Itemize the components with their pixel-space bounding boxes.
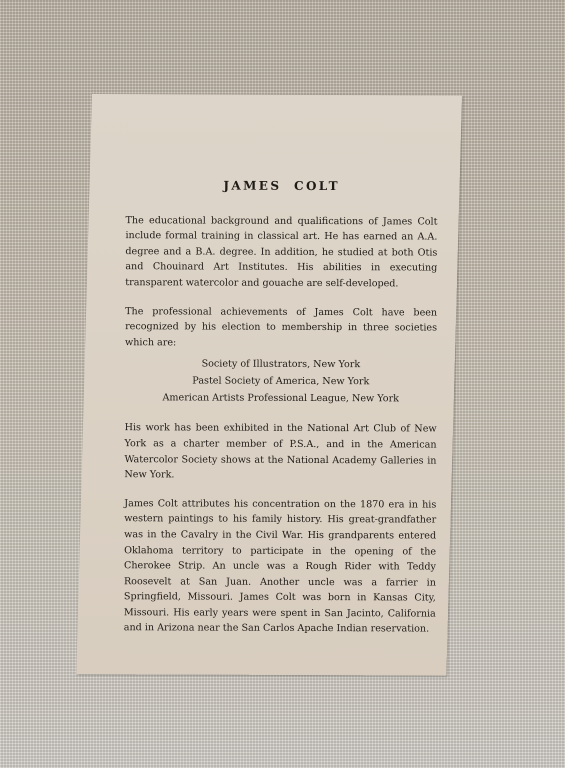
societies-list: Society of Illustrators, New York Pastel…	[125, 356, 437, 408]
biography-sheet: JAMES COLT The educational background an…	[76, 94, 462, 676]
paragraph-history: James Colt attributes his concentration …	[124, 496, 437, 638]
document-title: JAMES COLT	[126, 178, 438, 195]
paragraph-achievements: The professional achievements of James C…	[125, 304, 437, 352]
society-item: Society of Illustrators, New York	[125, 356, 437, 374]
society-item: American Artists Professional League, Ne…	[125, 390, 437, 408]
biography-content: JAMES COLT The educational background an…	[124, 178, 438, 650]
paragraph-education: The educational background and qualifica…	[125, 213, 437, 292]
society-item: Pastel Society of America, New York	[125, 373, 437, 391]
paragraph-exhibitions: His work has been exhibited in the Natio…	[124, 421, 436, 485]
